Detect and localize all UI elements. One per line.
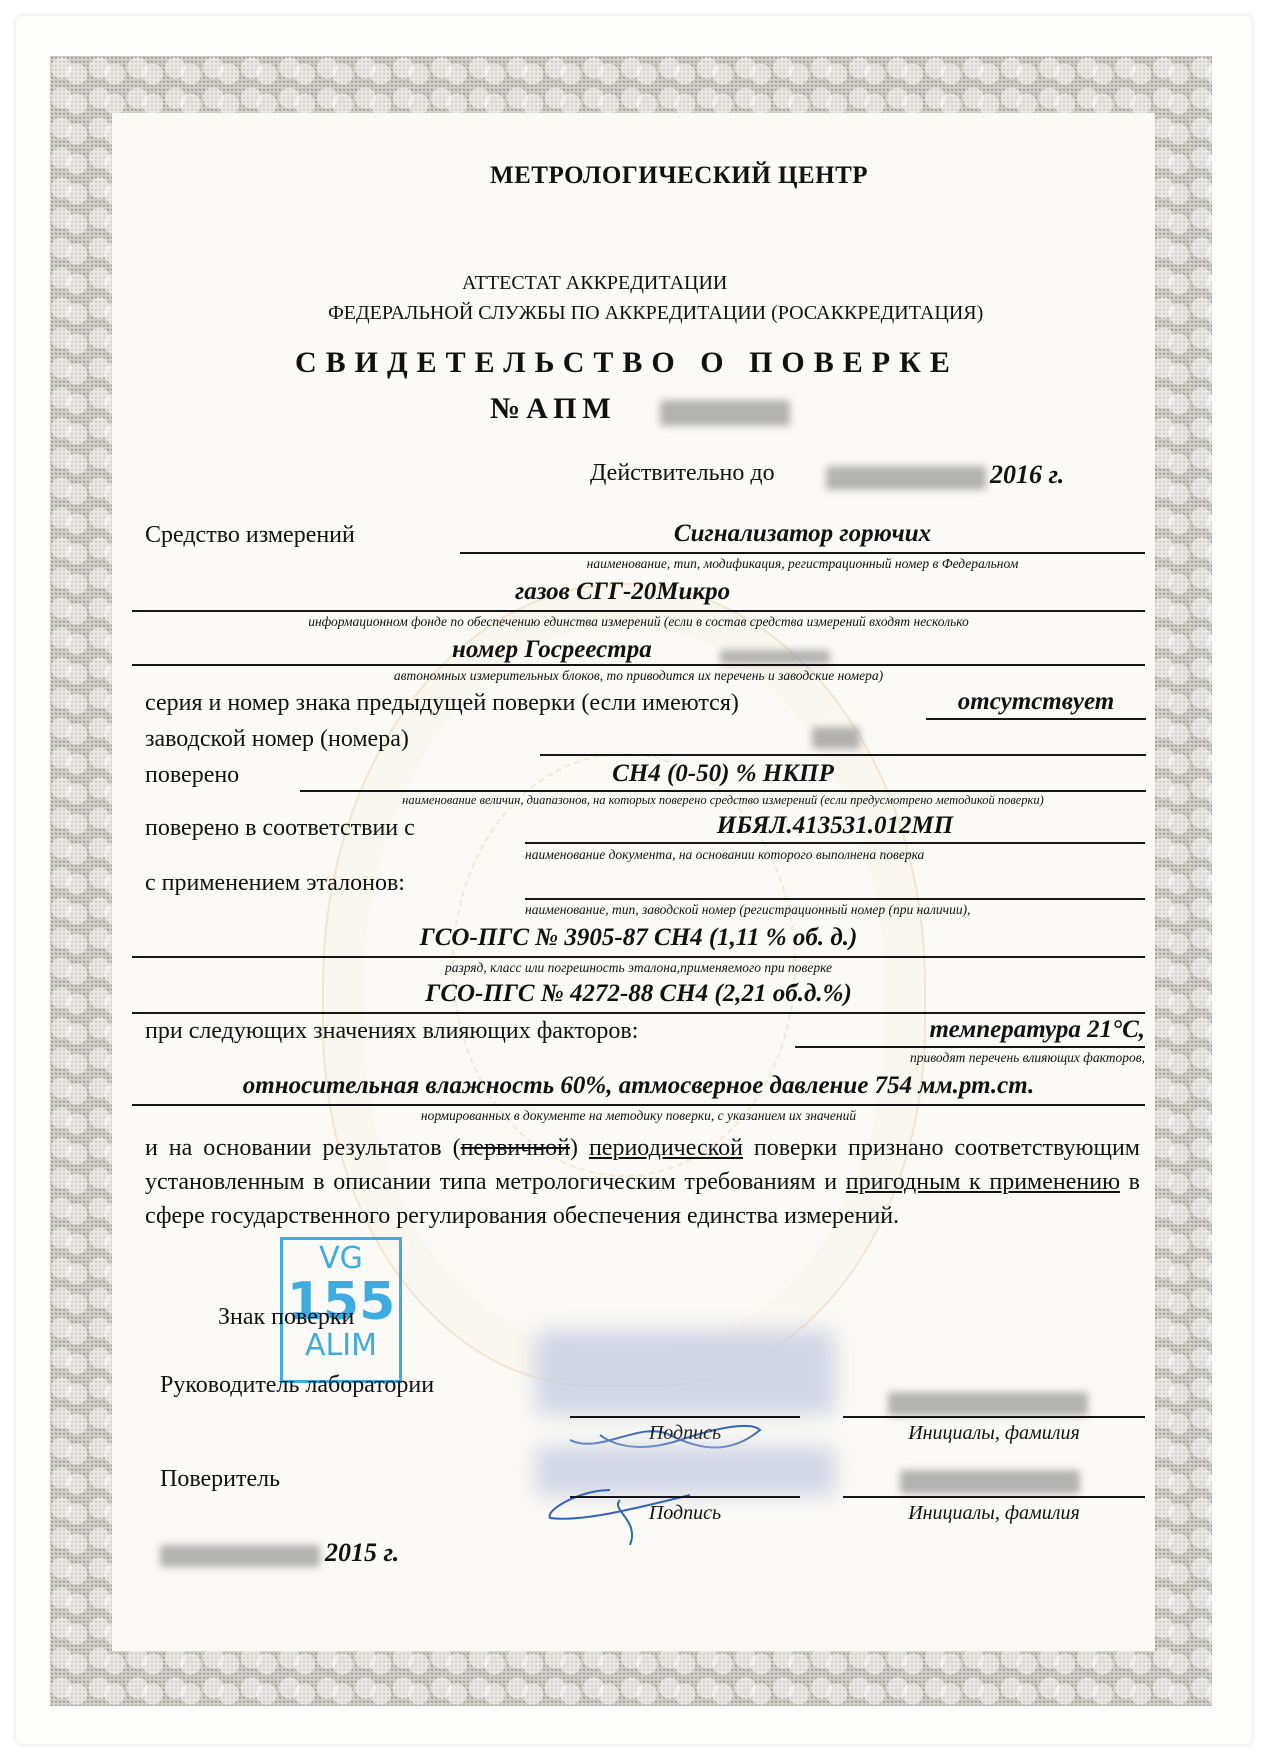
underlined-fit-for-use: пригодным к применению <box>846 1169 1120 1195</box>
lab-head-label: Руководитель лаборатории <box>160 1372 434 1399</box>
previous-mark-label: серия и номер знака предыдущей поверки (… <box>145 690 739 717</box>
standards-hint-2: разряд, класс или погрешность эталона,пр… <box>132 960 1145 976</box>
redacted-valid-date <box>826 466 986 490</box>
conclusion-text-1: и на основании результатов ( <box>145 1135 461 1161</box>
instrument-value-1: Сигнализатор горючих <box>460 520 1145 548</box>
instrument-hint-3: автономных измерительных блоков, то прив… <box>132 668 1145 684</box>
valid-until-label: Действительно до <box>590 460 775 487</box>
standard-1: ГСО-ПГС № 3905-87 СН4 (1,11 % об. д.) <box>132 924 1145 952</box>
redacted-serial-number <box>812 727 860 749</box>
stamp-bottom-text: ALIM <box>283 1328 399 1364</box>
redacted-name-1 <box>888 1392 1088 1416</box>
verifier-label: Поверитель <box>160 1466 280 1493</box>
struck-primary: первичной <box>461 1135 570 1161</box>
redacted-number <box>660 400 790 426</box>
signature-caption-2: Подпись <box>570 1502 800 1525</box>
issue-year: 2015 г. <box>325 1538 399 1568</box>
previous-mark-value: отсутствует <box>926 688 1146 716</box>
serial-number-label: заводской номер (номера) <box>145 726 409 753</box>
conclusion-text-2: ) <box>570 1135 589 1161</box>
factors-label: при следующих значениях влияющих факторо… <box>145 1018 638 1045</box>
verification-mark-label: Знак поверки <box>218 1304 354 1331</box>
redacted-issue-date <box>160 1545 320 1567</box>
redacted-registry-number <box>720 650 830 664</box>
accreditation-line-1: АТТЕСТАТ АККРЕДИТАЦИИ <box>462 272 727 295</box>
factors-hint-2: нормированных в документе на методику по… <box>132 1108 1145 1124</box>
stamp-top-text: VG <box>283 1242 399 1276</box>
conclusion-paragraph: и на основании результатов (первичной) п… <box>145 1131 1140 1233</box>
redacted-name-2 <box>900 1470 1080 1494</box>
method-value: ИБЯЛ.413531.012МП <box>525 812 1145 840</box>
instrument-value-3: номер Госреестра <box>452 636 652 664</box>
factors-hint-1: приводят перечень влияющих факторов, <box>795 1050 1145 1066</box>
underlined-periodic: периодической <box>589 1135 743 1161</box>
instrument-label: Средство измерений <box>145 522 355 549</box>
method-label: поверено в соответствии с <box>145 815 415 842</box>
certificate-number: №АПМ <box>490 392 617 426</box>
organization-name: МЕТРОЛОГИЧЕСКИЙ ЦЕНТР <box>490 162 868 190</box>
method-hint: наименование документа, на основании кот… <box>525 847 1085 863</box>
standards-hint-1: наименование, тип, заводской номер (реги… <box>525 902 1145 918</box>
name-caption-1: Инициалы, фамилия <box>843 1422 1145 1445</box>
name-caption-2: Инициалы, фамилия <box>843 1502 1145 1525</box>
signature-caption-1: Подпись <box>570 1422 800 1445</box>
factors-value-1: температура 21°С, <box>795 1016 1145 1044</box>
instrument-hint-1: наименование, тип, модификация, регистра… <box>460 556 1145 572</box>
document-title: СВИДЕТЕЛЬСТВО О ПОВЕРКЕ <box>295 346 959 380</box>
verified-label: поверено <box>145 762 239 789</box>
instrument-hint-2: информационном фонде по обеспечению един… <box>132 614 1145 630</box>
factors-value-2: относительная влажность 60%, атмосверное… <box>132 1072 1145 1100</box>
instrument-value-2: газов СГГ-20Микро <box>130 578 1145 606</box>
accreditation-line-2: ФЕДЕРАЛЬНОЙ СЛУЖБЫ ПО АККРЕДИТАЦИИ (РОСА… <box>328 302 983 325</box>
standard-2: ГСО-ПГС № 4272-88 СН4 (2,21 об.д.%) <box>132 980 1145 1008</box>
verified-hint: наименование величин, диапазонов, на кот… <box>300 793 1146 808</box>
standards-label: с применением эталонов: <box>145 870 405 897</box>
verified-value: СН4 (0-50) % НКПР <box>300 760 1146 788</box>
valid-until-year: 2016 г. <box>990 460 1064 490</box>
